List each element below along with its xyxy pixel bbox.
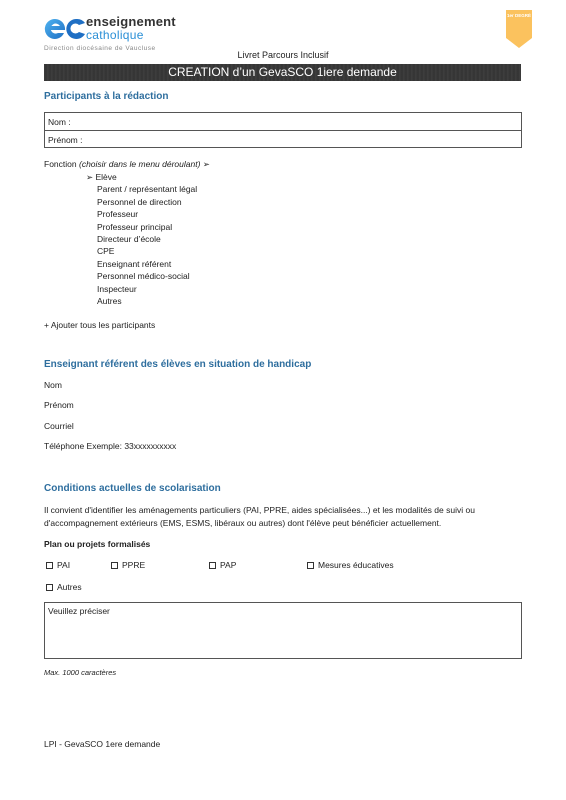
page-title: CREATION d’un GevaSCO 1iere demande xyxy=(44,64,521,81)
fonction-option[interactable]: Parent / représentant légal xyxy=(97,183,197,195)
participant-fields: Nom : Prénom : xyxy=(44,112,522,148)
fonction-option[interactable]: Personnel médico-social xyxy=(97,270,197,282)
checkbox-pap[interactable]: PAP xyxy=(209,560,236,570)
option-label: Elève xyxy=(95,172,116,182)
conditions-description-line1: Il convient d'identifier les aménagement… xyxy=(44,505,475,515)
fonction-option[interactable]: Personnel de direction xyxy=(97,196,197,208)
document-subtitle: Livret Parcours Inclusif xyxy=(0,50,566,60)
nom-label: Nom : xyxy=(48,117,71,127)
add-all-participants-button[interactable]: + Ajouter tous les participants xyxy=(44,320,155,330)
brand-name-line2: catholique xyxy=(86,28,144,42)
dropdown-arrow-icon: ➢ xyxy=(203,159,210,169)
referent-courriel-field[interactable]: Courriel xyxy=(44,421,74,431)
checkbox-label: Autres xyxy=(57,582,82,592)
max-chars-note: Max. 1000 caractères xyxy=(44,668,116,677)
checkbox-label: Mesures éducatives xyxy=(318,560,394,570)
ec-logo-icon xyxy=(44,17,86,41)
section-title-conditions: Conditions actuelles de scolarisation xyxy=(44,483,221,494)
fonction-option[interactable]: Inspecteur xyxy=(97,283,197,295)
precision-textarea[interactable]: Veuillez préciser xyxy=(44,602,522,659)
checkbox-icon xyxy=(209,562,216,569)
fonction-option[interactable]: Enseignant référent xyxy=(97,258,197,270)
referent-prenom-field[interactable]: Prénom xyxy=(44,400,74,410)
fonction-hint: (choisir dans le menu déroulant) xyxy=(79,159,200,169)
section-title-referent: Enseignant référent des élèves en situat… xyxy=(44,359,311,370)
participant-nom-field[interactable]: Nom : xyxy=(45,113,521,130)
prenom-label: Prénom : xyxy=(48,135,83,145)
checkbox-icon xyxy=(46,584,53,591)
referent-nom-field[interactable]: Nom xyxy=(44,380,62,390)
checkbox-autres[interactable]: Autres xyxy=(46,582,82,592)
checkbox-icon xyxy=(307,562,314,569)
fonction-option[interactable]: Professeur xyxy=(97,208,197,220)
badge-label: 1er DEGRÉ xyxy=(506,13,532,18)
fonction-option[interactable]: Autres xyxy=(97,295,197,307)
textarea-placeholder: Veuillez préciser xyxy=(48,606,110,616)
fonction-option[interactable]: Directeur d’école xyxy=(97,233,197,245)
checkbox-label: PAP xyxy=(220,560,236,570)
conditions-description-line2: d'accompagnement extérieurs (EMS, ESMS, … xyxy=(44,518,441,528)
page-footer: LPI - GevaSCO 1ere demande xyxy=(44,739,160,749)
fonction-option[interactable]: CPE xyxy=(97,245,197,257)
participant-prenom-field[interactable]: Prénom : xyxy=(45,130,521,147)
plans-label: Plan ou projets formalisés xyxy=(44,539,150,549)
fonction-option[interactable]: Professeur principal xyxy=(97,221,197,233)
fonction-option[interactable]: ➢ Elève xyxy=(86,171,197,183)
checkbox-pai[interactable]: PAI xyxy=(46,560,70,570)
fonction-options-list: ➢ Elève Parent / représentant légal Pers… xyxy=(97,171,197,307)
fonction-dropdown[interactable]: Fonction (choisir dans le menu déroulant… xyxy=(44,159,210,170)
checkbox-mesures-educatives[interactable]: Mesures éducatives xyxy=(307,560,394,570)
checkbox-label: PAI xyxy=(57,560,70,570)
checkbox-ppre[interactable]: PPRE xyxy=(111,560,145,570)
fonction-label: Fonction xyxy=(44,159,77,169)
section-title-participants: Participants à la rédaction xyxy=(44,91,169,102)
checkbox-label: PPRE xyxy=(122,560,145,570)
brand-name-line1: enseignement xyxy=(86,14,176,29)
checkbox-icon xyxy=(46,562,53,569)
checkbox-icon xyxy=(111,562,118,569)
referent-telephone-field[interactable]: Téléphone Exemple: 33xxxxxxxxxx xyxy=(44,441,176,451)
